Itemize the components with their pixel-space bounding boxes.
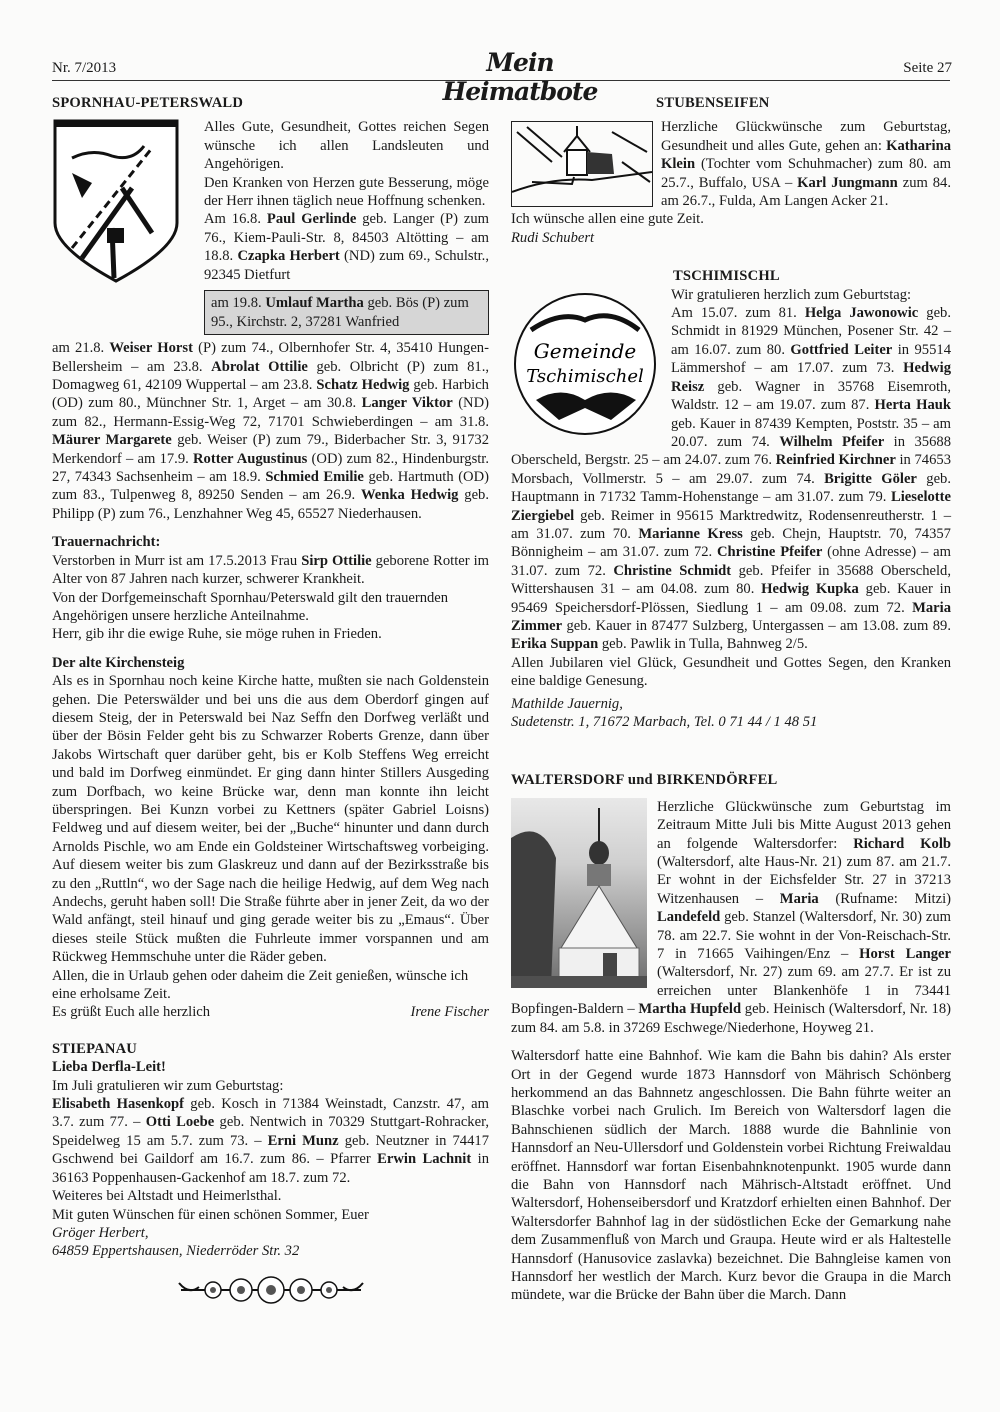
highlighted-birthday-box: am 19.8. Umlauf Martha geb. Bös (P) zum … bbox=[204, 290, 489, 335]
intro-text: Im Juli gratulieren wir zum Geburtstag: bbox=[52, 1077, 489, 1095]
closing-greeting: Es grüßt Euch alle herzlich bbox=[52, 1003, 210, 1021]
section-title: STIEPANAU bbox=[52, 1040, 489, 1058]
greeting-heading: Lieba Derfla-Leit! bbox=[52, 1058, 489, 1076]
author-signature: Rudi Schubert bbox=[511, 229, 951, 247]
page-header: Nr. 7/2013 Mein Heimatbote Seite 27 bbox=[52, 56, 952, 82]
author-signature: Mathilde Jauernig, bbox=[511, 695, 951, 713]
stiepanau-section: STIEPANAU Lieba Derfla-Leit! Im Juli gra… bbox=[52, 1040, 489, 1312]
church-sketch-icon bbox=[511, 121, 653, 207]
waltersdorf-section: WALTERSDORF und BIRKENDÖRFEL Herzliche G… bbox=[511, 771, 951, 1304]
header-rule bbox=[52, 80, 950, 81]
prayer-text: Herr, gib ihr die ewige Ruhe, sie möge r… bbox=[52, 625, 489, 643]
page-number: Seite 27 bbox=[903, 60, 952, 77]
obituary-heading: Trauernachricht: bbox=[52, 533, 489, 551]
author-address: Sudetenstr. 1, 71672 Marbach, Tel. 0 71 … bbox=[511, 713, 951, 731]
article-body: Als es in Spornhau noch keine Kirche hat… bbox=[52, 672, 489, 967]
chapel-photo-icon bbox=[511, 798, 647, 988]
article-heading: Der alte Kirchensteig bbox=[52, 654, 489, 672]
section-title: TSCHIMISCHL bbox=[511, 267, 951, 285]
coat-of-arms-icon bbox=[52, 118, 180, 286]
railway-history-text: Waltersdorf hatte eine Bahnhof. Wie kam … bbox=[511, 1047, 951, 1305]
floral-ornament-icon bbox=[52, 1273, 489, 1312]
closing-text: Allen, die in Urlaub gehen oder daheim d… bbox=[52, 967, 489, 1004]
closing-text: Allen Jubilaren viel Glück, Gesundheit u… bbox=[511, 654, 951, 691]
svg-text:Gemeinde: Gemeinde bbox=[534, 339, 637, 363]
obituary-text: Verstorben in Murr ist am 17.5.2013 Frau… bbox=[52, 552, 489, 589]
condolence-text: Von der Dorfgemeinschaft Spornhau/Peters… bbox=[52, 589, 489, 626]
signature-row: Es grüßt Euch alle herzlich Irene Fische… bbox=[52, 1003, 489, 1021]
author-address: 64859 Eppertshausen, Niederröder Str. 32 bbox=[52, 1242, 489, 1260]
birthday-list: am 21.8. Weiser Horst (P) zum 74., Olber… bbox=[52, 339, 489, 523]
newspaper-page: Nr. 7/2013 Mein Heimatbote Seite 27 SPOR… bbox=[0, 0, 1000, 1412]
author-signature: Gröger Herbert, bbox=[52, 1224, 489, 1242]
section-title: WALTERSDORF und BIRKENDÖRFEL bbox=[511, 771, 951, 789]
section-title: SPORNHAU-PETERSWALD bbox=[52, 94, 489, 112]
svg-text:Tschimischel: Tschimischel bbox=[526, 366, 644, 387]
issue-number: Nr. 7/2013 bbox=[52, 60, 116, 77]
spornhau-section: SPORNHAU-PETERSWALD Alles Gute, Gesundhe… bbox=[52, 94, 489, 1312]
tschimischl-section: TSCHIMISCHL Gemeinde Tschimischel Wir gr… bbox=[511, 267, 951, 731]
stubenseifen-section: STUBENSEIFEN Herzliche Glückwünsche zum … bbox=[511, 94, 951, 1305]
closing-text: Ich wünsche allen eine gute Zeit. bbox=[511, 210, 951, 228]
more-text: Weiteres bei Altstadt und Heimerlsthal. bbox=[52, 1187, 489, 1205]
section-title: STUBENSEIFEN bbox=[511, 94, 951, 112]
birthday-list: Elisabeth Hasenkopf geb. Kosch in 71384 … bbox=[52, 1095, 489, 1187]
wish-text: Mit guten Wünschen für einen schönen Som… bbox=[52, 1206, 489, 1224]
author-signature: Irene Fischer bbox=[411, 1003, 489, 1021]
village-seal-icon: Gemeinde Tschimischel bbox=[511, 290, 659, 438]
